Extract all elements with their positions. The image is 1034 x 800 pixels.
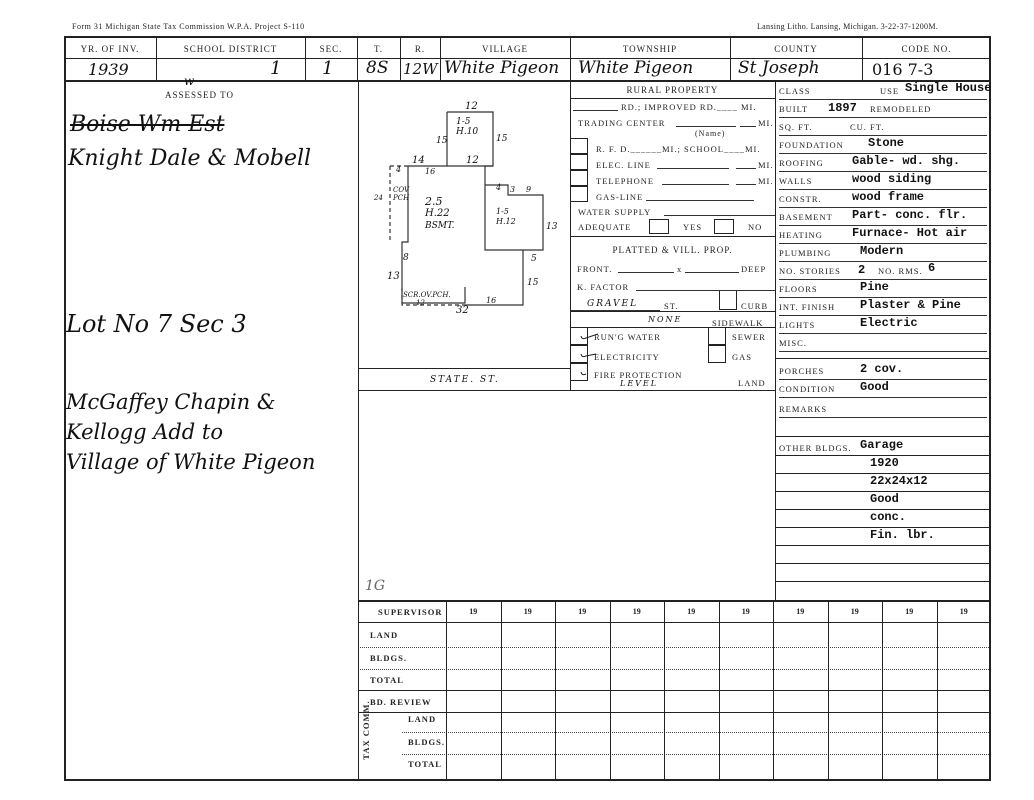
sketch-dim: 12 (466, 155, 479, 166)
year-header-8[interactable]: 19 (828, 607, 883, 616)
underline (779, 333, 987, 334)
year-header-9[interactable]: 19 (882, 607, 937, 616)
sketch-room: BSMT. (425, 221, 455, 231)
row-line (775, 563, 989, 564)
column-line (773, 600, 774, 781)
label-condition: CONDITION (779, 384, 835, 394)
label-roofing: ROOFING (779, 158, 824, 168)
value-walls[interactable]: wood siding (852, 172, 931, 186)
sketch-room: H.12 (496, 217, 516, 226)
platted-gas: GAS (732, 352, 752, 362)
hdr-t: T. (357, 44, 400, 54)
label-heating: HEATING (779, 230, 823, 240)
sketch-dim: 15 (436, 136, 447, 146)
rural-mi: MI. (758, 176, 774, 186)
underline (779, 261, 987, 262)
platted-front: FRONT. (577, 264, 612, 274)
value-yr-of-inv[interactable]: 1939 (88, 60, 129, 79)
underline (779, 351, 987, 352)
bd-review-top (358, 690, 991, 691)
divider (775, 358, 989, 359)
hdr-r: R. (400, 44, 440, 54)
checkbox-telephone[interactable] (570, 170, 588, 186)
sketch-dim: 13 (387, 271, 400, 282)
label-walls: WALLS (779, 176, 812, 186)
supervisor-label: SUPERVISOR (378, 607, 443, 617)
label-misc: MISC. (779, 338, 807, 348)
rural-no: NO (748, 222, 762, 232)
value-heating[interactable]: Furnace- Hot air (852, 226, 967, 240)
platted-electricity: ELECTRICITY (594, 352, 660, 362)
sketch-room: H.10 (456, 127, 478, 137)
value-village[interactable]: White Pigeon (444, 58, 559, 78)
platted-k-factor: K. FACTOR (577, 282, 629, 292)
hdr-yr-of-inv: YR. OF INV. (64, 44, 156, 54)
assessed-mark: w (184, 74, 194, 88)
dotted-line (360, 669, 989, 670)
sketch-dim: 5 (531, 254, 537, 264)
label-no-rms: NO. RMS. (878, 266, 923, 276)
value-built[interactable]: 1897 (828, 101, 857, 115)
hdr-township: TOWNSHIP (570, 44, 730, 54)
sketch-room: H.22 (425, 208, 450, 219)
year-header-5[interactable]: 19 (664, 607, 719, 616)
column-line (610, 600, 611, 781)
dotted-line (402, 732, 989, 733)
other-bldg-value-4[interactable]: conc. (870, 510, 906, 524)
underline (779, 117, 987, 118)
label-sq-ft: SQ. FT. (779, 122, 813, 132)
sketch-dim: 12 (416, 299, 425, 307)
assessed-to-label: ASSESSED TO (165, 90, 234, 100)
value-school-district[interactable]: 1 (270, 58, 281, 79)
sidewalk-value[interactable]: NONE (648, 315, 682, 324)
hdr-school-district: SCHOOL DISTRICT (156, 44, 305, 54)
platted-sewer: SEWER (732, 332, 766, 342)
rural-rd-line: RD.; IMPROVED RD.____ MI. (621, 102, 757, 112)
value-use[interactable]: Single House (905, 81, 991, 95)
label-porches: PORCHES (779, 366, 824, 376)
value-county[interactable]: St Joseph (738, 58, 820, 78)
legal-lot[interactable]: Lot No 7 Sec 3 (66, 310, 247, 338)
rural-mi: MI. (758, 118, 774, 128)
rural-yes: YES (683, 222, 702, 232)
legal-description-line-1[interactable]: McGaffey Chapin & (66, 390, 276, 414)
platted-st: ST. (664, 301, 678, 311)
sketch-dim: 24 (374, 194, 383, 202)
platted-curb: CURB (741, 301, 768, 311)
divider-assessed (358, 80, 359, 781)
divider (775, 436, 989, 437)
other-bldg-value-0[interactable]: Garage (860, 438, 903, 452)
year-header-10[interactable]: 19 (937, 607, 992, 616)
year-header-3[interactable]: 19 (555, 607, 610, 616)
bd-review-bottom (358, 712, 991, 713)
label-no-stories: NO. STORIES (779, 266, 841, 276)
row-line (775, 581, 989, 582)
tax-row-label-land: LAND (408, 714, 436, 724)
header-line (358, 622, 991, 623)
rural-adequate: ADEQUATE (578, 222, 631, 232)
column-line (555, 600, 556, 781)
tax-comm-label: TAX COMM. (362, 700, 371, 760)
label-basement: BASEMENT (779, 212, 833, 222)
value-sec[interactable]: 1 (322, 58, 333, 79)
sketch-dim: 12 (465, 101, 478, 112)
value-township[interactable]: White Pigeon (578, 58, 693, 78)
row-label-total: TOTAL (370, 675, 404, 685)
value-t[interactable]: 8S (366, 58, 388, 78)
value-constr[interactable]: wood frame (852, 190, 924, 204)
label-cu-ft: CU. FT. (850, 122, 884, 132)
rural-trading-center: TRADING CENTER (578, 118, 665, 128)
sketch-room: 1-5 (456, 117, 471, 127)
assessed-name[interactable]: Knight Dale & Mobell (68, 146, 311, 171)
column-line (446, 600, 447, 781)
value-no-rms[interactable]: 6 (928, 261, 935, 275)
row-label-bd-review: BD. REVIEW (370, 697, 431, 707)
label-lights: LIGHTS (779, 320, 815, 330)
page-mark: 1G (365, 578, 385, 594)
column-line (501, 600, 502, 781)
sketch-dim: 8 (403, 253, 409, 263)
other-bldg-value-2[interactable]: 22x24x12 (870, 474, 928, 488)
year-header-4[interactable]: 19 (610, 607, 665, 616)
rural-elec-line: ELEC. LINE (596, 160, 651, 170)
sketch-room: 1-5 (496, 207, 509, 216)
sketch-dim: 4 (396, 165, 401, 174)
value-roofing[interactable]: Gable- wd. shg. (852, 154, 960, 168)
street-surface-value[interactable]: GRAVEL (587, 299, 638, 309)
underline (779, 397, 987, 398)
value-condition[interactable]: Good (860, 380, 889, 394)
sketch-room: 2.5 (425, 195, 443, 208)
sketch-dim: 3 (510, 185, 515, 194)
label-use: USE (880, 86, 899, 96)
rural-name-hint: (Name) (695, 129, 725, 138)
checkbox-curb[interactable] (719, 291, 737, 310)
sketch-dim: 13 (546, 222, 557, 232)
dotted-line (360, 647, 989, 648)
hdr-sec: SEC. (305, 44, 357, 54)
assessed-struck-name[interactable]: Boise Wm Est (70, 112, 224, 137)
label-constr: CONSTR. (779, 194, 822, 204)
column-line (828, 600, 829, 781)
tax-row-label-total: TOTAL (408, 759, 442, 769)
label-plumbing: PLUMBING (779, 248, 831, 258)
sketch-dim: 15 (527, 278, 538, 288)
rural-telephone: TELEPHONE (596, 176, 654, 186)
label-foundation: FOUNDATION (779, 140, 844, 150)
checkbox-gas[interactable] (708, 345, 726, 363)
other-bldg-value-3[interactable]: Good (870, 492, 899, 506)
sketch-dim: 9 (526, 185, 531, 194)
divider-building (775, 80, 776, 600)
hdr-village: VILLAGE (440, 44, 570, 54)
street-name[interactable]: STATE. ST. (430, 375, 500, 385)
printer-imprint: Lansing Litho. Lansing, Michigan. 3-22-3… (757, 22, 938, 31)
label-class: CLASS (779, 86, 810, 96)
rural-rfd-school: R. F. D.______MI.; SCHOOL____MI. (596, 144, 761, 154)
value-foundation[interactable]: Stone (868, 136, 904, 150)
rural-water-supply: WATER SUPPLY (578, 207, 651, 217)
sketch-dim: 15 (496, 134, 507, 144)
value-plumbing[interactable]: Modern (860, 244, 903, 258)
underline (779, 417, 987, 418)
label-floors: FLOORS (779, 284, 818, 294)
other-bldg-value-1[interactable]: 1920 (870, 456, 899, 470)
platted-title: PLATTED & VILL. PROP. (570, 245, 775, 255)
value-int-finish[interactable]: Plaster & Pine (860, 298, 961, 312)
platted-land: LAND (738, 378, 766, 388)
label-built: BUILT (779, 104, 808, 114)
year-header-1[interactable]: 19 (446, 607, 501, 616)
value-no-stories[interactable]: 2 (858, 263, 865, 277)
row-label-bldgs: BLDGS. (370, 653, 407, 663)
underline (779, 99, 987, 100)
label-remarks: REMARKS (779, 404, 827, 414)
sketch-dim: 14 (412, 155, 425, 166)
checkbox-gas-line[interactable] (570, 186, 588, 202)
year-header-7[interactable]: 19 (773, 607, 828, 616)
checkbox-adequate-yes[interactable] (649, 219, 669, 234)
platted-running-water: RUN'G WATER (594, 332, 661, 342)
column-line (719, 600, 720, 781)
sketch-porch: COV PCH (393, 186, 407, 202)
label-other-bldgs: OTHER BLDGS. (779, 443, 851, 453)
column-line (937, 600, 938, 781)
checkbox-adequate-no[interactable] (714, 219, 734, 234)
value-lights[interactable]: Electric (860, 316, 918, 330)
column-line (882, 600, 883, 781)
tax-row-label-bldgs: BLDGS. (408, 737, 445, 747)
legal-description-line-2[interactable]: Kellogg Add to (66, 420, 223, 444)
sketch-dim: 32 (456, 305, 469, 316)
value-floors[interactable]: Pine (860, 280, 889, 294)
platted-deep: DEEP (741, 264, 766, 274)
checkbox-sewer[interactable] (708, 327, 726, 345)
dotted-line (402, 754, 989, 755)
value-basement[interactable]: Part- conc. flr. (852, 208, 967, 222)
value-porches[interactable]: 2 cov. (860, 362, 903, 376)
value-r[interactable]: 12W (403, 60, 438, 78)
checkbox-rfd[interactable] (570, 138, 588, 154)
rural-mi: MI. (758, 160, 774, 170)
rural-title: RURAL PROPERTY (570, 85, 775, 95)
label-int-finish: INT. FINISH (779, 302, 835, 312)
sketch-dim: 16 (486, 296, 496, 305)
label-remodeled: REMODELED (870, 104, 931, 114)
land-value[interactable]: LEVEL (620, 379, 658, 388)
sketch-porch: SCR.OV.PCH. (403, 291, 451, 299)
rural-gas-line: GAS-LINE (596, 192, 643, 202)
legal-description-line-3[interactable]: Village of White Pigeon (66, 450, 315, 474)
value-code-no[interactable]: 016 7-3 (872, 60, 933, 79)
table-top (358, 600, 991, 602)
row-line (775, 545, 989, 546)
hdr-code-no: CODE NO. (862, 44, 991, 54)
sketch-dim: 4 (496, 183, 501, 192)
other-bldg-value-5[interactable]: Fin. lbr. (870, 528, 935, 542)
checkbox-elec-line[interactable] (570, 154, 588, 170)
sketch-dim: 16 (425, 167, 435, 176)
form-title: Form 31 Michigan State Tax Commission W.… (72, 22, 305, 31)
hdr-county: COUNTY (730, 44, 862, 54)
year-header-2[interactable]: 19 (501, 607, 556, 616)
platted-x: x (677, 264, 682, 274)
column-line (664, 600, 665, 781)
year-header-6[interactable]: 19 (719, 607, 774, 616)
row-label-land: LAND (370, 630, 398, 640)
